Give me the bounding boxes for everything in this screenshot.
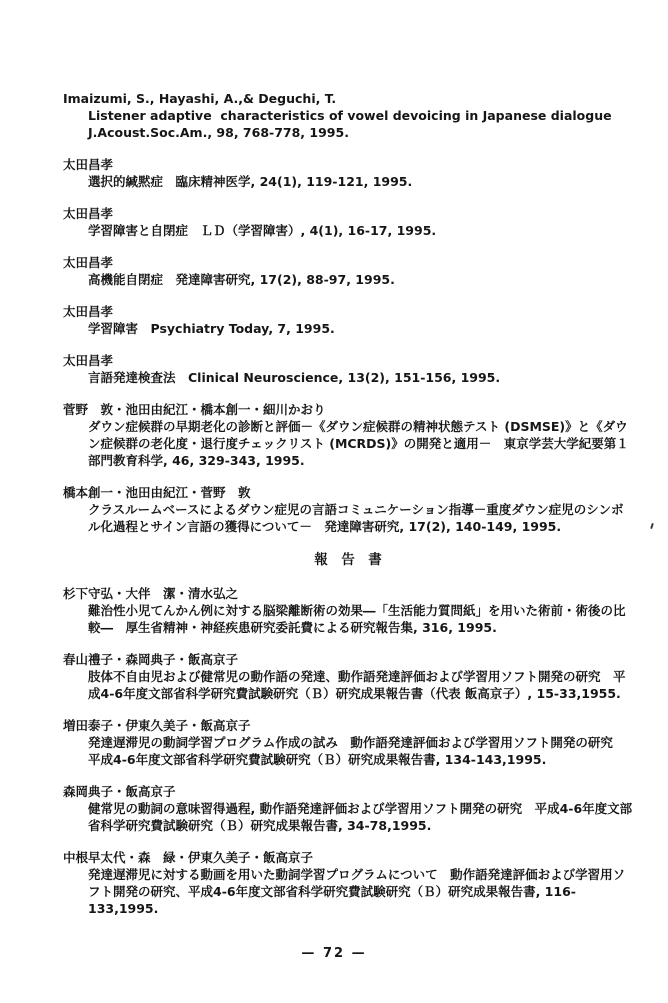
reference-entry: 杉下守弘・大伴 潔・清水弘之 難治性小児てんかん例に対する脳梁離断術の効果―「生… bbox=[63, 585, 633, 636]
reference-entry: 菅野 敦・池田由紀江・橋本創一・細川かおり ダウン症候群の早期老化の診断と評価－… bbox=[63, 401, 633, 469]
reference-authors: 太田昌孝 bbox=[63, 156, 633, 173]
reference-entry: 森岡典子・飯高京子 健常児の動詞の意味習得過程, 動作語発達評価および学習用ソフ… bbox=[63, 783, 633, 834]
reference-authors: 森岡典子・飯高京子 bbox=[63, 783, 633, 800]
reference-entry: 中根早太代・森 緑・伊東久美子・飯高京子 発達遅滞児に対する動画を用いた動詞学習… bbox=[63, 849, 633, 917]
reference-entry: Imaizumi, S., Hayashi, A.,& Deguchi, T. … bbox=[63, 90, 633, 141]
reference-body: 高機能自閉症 発達障害研究, 17(2), 88-97, 1995. bbox=[88, 271, 633, 288]
reference-authors: 太田昌孝 bbox=[63, 352, 633, 369]
section-heading-reports: 報 告 書 bbox=[63, 552, 633, 569]
reference-authors: 春山禮子・森岡典子・飯高京子 bbox=[63, 651, 633, 668]
reference-body: クラスルームベースによるダウン症児の言語コミュニケーション指導－重度ダウン症児の… bbox=[88, 501, 633, 535]
reference-authors: 菅野 敦・池田由紀江・橋本創一・細川かおり bbox=[63, 401, 633, 418]
reference-entry: 増田泰子・伊東久美子・飯高京子 発達遅滞児の動詞学習プログラム作成の試み 動作語… bbox=[63, 717, 633, 768]
reference-entry: 太田昌孝 選択的緘黙症 臨床精神医学, 24(1), 119-121, 1995… bbox=[63, 156, 633, 190]
reference-entry: 春山禮子・森岡典子・飯高京子 肢体不自由児および健常児の動作語の発達、動作語発達… bbox=[63, 651, 633, 702]
reference-entry: 太田昌孝 言語発達検査法 Clinical Neuroscience, 13(2… bbox=[63, 352, 633, 386]
reference-body: 発達遅滞児に対する動画を用いた動詞学習プログラムについて 動作語発達評価および学… bbox=[88, 866, 633, 917]
reference-entry: 太田昌孝 学習障害と自閉症 ＬＤ（学習障害）, 4(1), 16-17, 199… bbox=[63, 205, 633, 239]
reference-body: 学習障害 Psychiatry Today, 7, 1995. bbox=[88, 320, 633, 337]
reference-body: 健常児の動詞の意味習得過程, 動作語発達評価および学習用ソフト開発の研究 平成4… bbox=[88, 800, 633, 834]
reference-body: 肢体不自由児および健常児の動作語の発達、動作語発達評価および学習用ソフト開発の研… bbox=[88, 668, 633, 702]
reference-entry: 橋本創一・池田由紀江・菅野 敦 クラスルームベースによるダウン症児の言語コミュニ… bbox=[63, 484, 633, 535]
reference-body: Listener adaptive characteristics of vow… bbox=[88, 107, 633, 141]
scanned-document-page: Imaizumi, S., Hayashi, A.,& Deguchi, T. … bbox=[0, 0, 668, 1003]
reference-body: 発達遅滞児の動詞学習プログラム作成の試み 動作語発達評価および学習用ソフト開発の… bbox=[88, 734, 633, 768]
reference-authors: 太田昌孝 bbox=[63, 254, 633, 271]
page-number: — 72 — bbox=[0, 946, 668, 961]
reference-list: Imaizumi, S., Hayashi, A.,& Deguchi, T. … bbox=[63, 90, 633, 932]
reference-entry: 太田昌孝 学習障害 Psychiatry Today, 7, 1995. bbox=[63, 303, 633, 337]
reference-authors: 太田昌孝 bbox=[63, 303, 633, 320]
reference-body: 難治性小児てんかん例に対する脳梁離断術の効果―「生活能力質問紙」を用いた術前・術… bbox=[88, 602, 633, 636]
reference-authors: 増田泰子・伊東久美子・飯高京子 bbox=[63, 717, 633, 734]
reference-entry: 太田昌孝 高機能自閉症 発達障害研究, 17(2), 88-97, 1995. bbox=[63, 254, 633, 288]
reference-authors: 中根早太代・森 緑・伊東久美子・飯高京子 bbox=[63, 849, 633, 866]
reference-authors: 太田昌孝 bbox=[63, 205, 633, 222]
reference-body: 学習障害と自閉症 ＬＤ（学習障害）, 4(1), 16-17, 1995. bbox=[88, 222, 633, 239]
reference-authors: Imaizumi, S., Hayashi, A.,& Deguchi, T. bbox=[63, 90, 633, 107]
reference-body: 選択的緘黙症 臨床精神医学, 24(1), 119-121, 1995. bbox=[88, 173, 633, 190]
scan-speck-artifact bbox=[650, 523, 654, 529]
reference-authors: 杉下守弘・大伴 潔・清水弘之 bbox=[63, 585, 633, 602]
reference-body: 言語発達検査法 Clinical Neuroscience, 13(2), 15… bbox=[88, 369, 633, 386]
reference-body: ダウン症候群の早期老化の診断と評価－《ダウン症候群の精神状態テスト (DSMSE… bbox=[88, 418, 633, 469]
reference-authors: 橋本創一・池田由紀江・菅野 敦 bbox=[63, 484, 633, 501]
